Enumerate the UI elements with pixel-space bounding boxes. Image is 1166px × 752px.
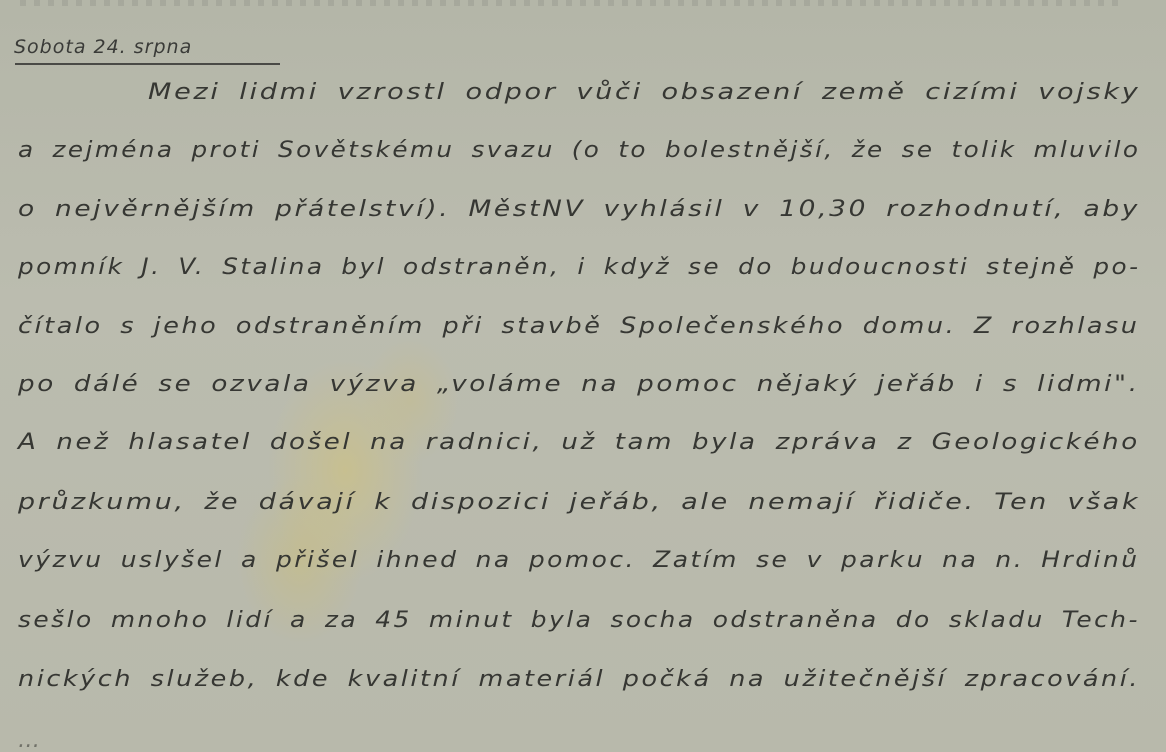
text-line: o nejvěrnějším přátelství). MěstNV vyhlá… xyxy=(18,197,1140,222)
text-line: výzvu uslyšel a přišel ihned na pomoc. Z… xyxy=(18,548,1140,573)
faded-previous-line xyxy=(20,0,1120,6)
text-line: a zejména proti Sovětskému svazu (o to b… xyxy=(18,138,1140,163)
text-line: po dálé se ozvala výzva „voláme na pomoc… xyxy=(18,372,1140,397)
text-line: pomník J. V. Stalina byl odstraněn, i kd… xyxy=(18,255,1140,280)
text-line: průzkumu, že dávají k dispozici jeřáb, a… xyxy=(18,490,1140,515)
text-line: sešlo mnoho lidí a za 45 minut byla soch… xyxy=(18,608,1140,633)
heading-underline xyxy=(15,63,280,65)
text-line: Mezi lidmi vzrostl odpor vůči obsazení z… xyxy=(148,80,1140,105)
diary-date-heading: Sobota 24. srpna xyxy=(14,36,192,58)
text-line: čítalo s jeho odstraněním při stavbě Spo… xyxy=(18,314,1140,339)
text-line-cut-off: … xyxy=(18,728,42,752)
text-line: nických služeb, kde kvalitní materiál po… xyxy=(18,667,1140,692)
text-line: A než hlasatel došel na radnici, už tam … xyxy=(18,430,1140,455)
